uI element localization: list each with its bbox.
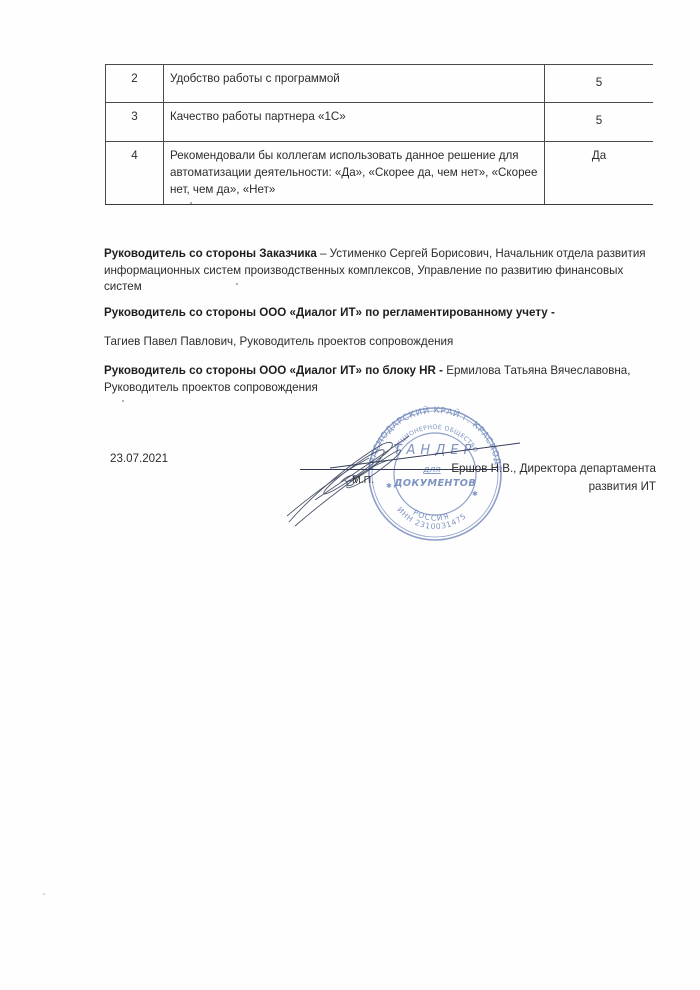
customer-lead-label: Руководитель со стороны Заказчика (104, 247, 317, 260)
signer-department: развития ИТ (589, 478, 656, 496)
row-number: 4 (106, 142, 164, 205)
criterion-score: 5 (545, 103, 654, 142)
hr-lead-paragraph: Руководитель со стороны ООО «Диалог ИТ» … (104, 363, 654, 396)
row-number: 3 (106, 103, 164, 142)
hr-lead-label: Руководитель со стороны ООО «Диалог ИТ» … (104, 364, 443, 377)
row-number: 2 (106, 65, 164, 103)
table-row: 3 Качество работы партнера «1С» 5 (106, 103, 654, 142)
scan-artifact (190, 202, 192, 204)
seal-placeholder-label: М.П. (352, 474, 374, 486)
scan-artifact (122, 400, 124, 402)
reg-accounting-lead-paragraph: Тагиев Павел Павлович, Руководитель прое… (104, 334, 654, 351)
criterion-text: Качество работы партнера «1С» (164, 103, 545, 142)
table-row: 2 Удобство работы с программой 5 (106, 65, 654, 103)
scan-artifact (236, 283, 238, 285)
criterion-text: Удобство работы с программой (164, 65, 545, 103)
customer-lead-paragraph: Руководитель со стороны Заказчика – Усти… (104, 246, 654, 296)
criterion-score: 5 (545, 65, 654, 103)
signature-date: 23.07.2021 (110, 452, 168, 465)
table-row: 4 Рекомендовали бы коллегам использовать… (106, 142, 654, 205)
scan-artifact (43, 893, 45, 895)
criterion-text: Рекомендовали бы коллегам использовать д… (164, 142, 545, 205)
reg-accounting-lead-label: Руководитель со стороны ООО «Диалог ИТ» … (104, 306, 555, 319)
reg-accounting-lead-heading: Руководитель со стороны ООО «Диалог ИТ» … (104, 305, 654, 322)
reg-accounting-lead-text: Тагиев Павел Павлович, Руководитель прое… (104, 335, 453, 348)
criterion-score: Да (545, 142, 654, 205)
document-page: 2 Удобство работы с программой 5 3 Качес… (0, 0, 700, 990)
signer-name-title: Ершов Н.В., Директора департамента (451, 460, 656, 478)
evaluation-table: 2 Удобство работы с программой 5 3 Качес… (105, 64, 653, 205)
svg-text:✱: ✱ (472, 490, 478, 498)
